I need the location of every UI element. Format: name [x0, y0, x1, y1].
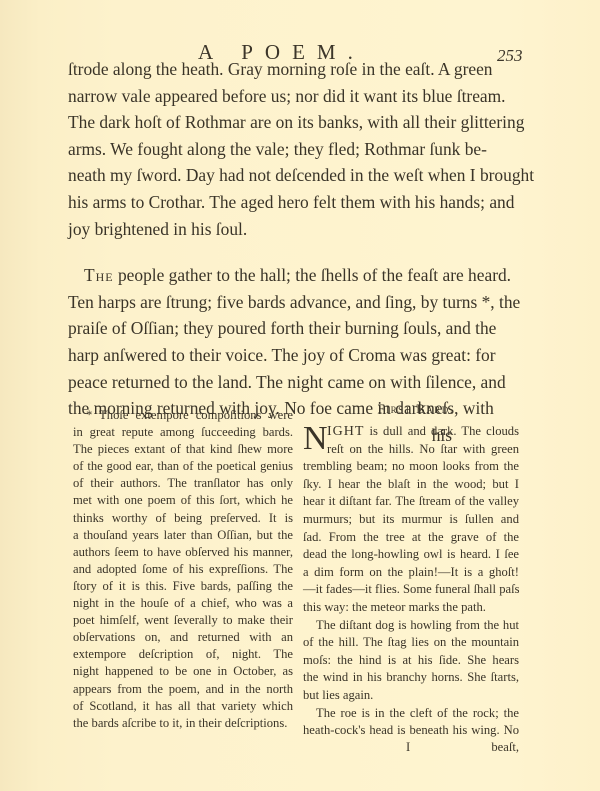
bard-line: dead the long-howling owl is heard. I ſe… [303, 546, 519, 564]
bard-line: —it fades—it flies. Some funeral ſhall p… [303, 581, 519, 599]
footnote-line: of Scotland, it has all that variety whi… [73, 698, 293, 715]
bard-line: moſs: the hind is at his ſide. She hears [303, 652, 519, 670]
bard-line: ſky. I hear the blaſt in the wood; but I [303, 476, 519, 494]
footnote: * Thoſe extempore compoſitions were in g… [73, 407, 293, 732]
catchword: beaſt, [491, 740, 519, 755]
footnote-line: a thouſand years later than Oſſian, but … [73, 527, 293, 544]
bard-line: hear it diſtant far. The ſtream of the v… [303, 493, 519, 511]
footnote-line: met with one poem of this ſort, which he [73, 492, 293, 509]
bard-line: of the hill. The ſtag lies on the mounta… [303, 634, 519, 652]
section-title: First Bard. [303, 402, 519, 417]
text-fragment: is dull and dark. The clouds [364, 424, 519, 438]
page-number: 253 [497, 46, 523, 66]
footnote-line: the bards aſcribe to it, in their deſcri… [73, 715, 293, 732]
paragraph-1: ſtrode along the heath. Gray morning roſ… [68, 56, 452, 242]
bard-line: a dim form on the plain!—It is a ghoſt! [303, 564, 519, 582]
drop-cap-continuation: IGHT [327, 424, 364, 439]
text-line: his arms to Crothar. The aged hero felt … [68, 189, 452, 216]
bard-line: this way: the meteor marks the path. [303, 599, 519, 617]
page-foot: I beaſt, [303, 740, 519, 758]
bard-line: The roe is in the cleft of the rock; the [303, 705, 519, 723]
footnote-line: in great repute among ſucceeding bards. [73, 424, 293, 441]
text-line: The dark hoſt of Rothmar are on its bank… [68, 109, 452, 136]
text-line: peace returned to the land. The night ca… [68, 369, 452, 396]
text-fragment: people gather to the hall; the ſhells of… [114, 265, 511, 285]
footnote-line: appears from the poem, and in the north [73, 681, 293, 698]
footnote-line: The pieces extant of that kind ſhew more [73, 441, 293, 458]
text-line: praiſe of Oſſian; they poured forth thei… [68, 315, 452, 342]
paragraph-lead-word: The [84, 265, 114, 285]
first-bard-section: First Bard. N IGHT is dull and dark. The… [303, 402, 519, 757]
footnote-line: authors ſeem to have obſerved his manner… [73, 544, 293, 561]
text-line: joy brightened in his ſoul. [68, 216, 452, 243]
bard-line: trembling beam; no moon looks from the [303, 458, 519, 476]
drop-cap: N [303, 424, 328, 454]
book-page: A POEM. 253 ſtrode along the heath. Gray… [0, 0, 600, 791]
footnote-line: and adopted ſome of his expreſſions. The [73, 561, 293, 578]
text-line: The people gather to the hall; the ſhell… [68, 262, 452, 289]
text-line: ſtrode along the heath. Gray morning roſ… [68, 56, 452, 83]
bard-line: ſad. From the tree at the grave of the [303, 529, 519, 547]
footnote-line: thinks worthy of being preſerved. It is [73, 510, 293, 527]
footnote-line: of their authors. The tranſlator has onl… [73, 475, 293, 492]
signature-mark: I [406, 740, 410, 755]
bard-line: The diſtant dog is howling from the hut [303, 617, 519, 635]
bard-line: heath-cock's head is beneath his wing. N… [303, 722, 519, 740]
text-line: harp anſwered to their voice. The joy of… [68, 342, 452, 369]
footnote-line: ſtory of it is this. Five bards, paſſing… [73, 578, 293, 595]
bard-line: murmurs; but its murmur is ſullen and [303, 511, 519, 529]
footnote-line: night in the houſe of a chief, who was a [73, 595, 293, 612]
footnote-line: poet himſelf, went ſeverally to make the… [73, 612, 293, 629]
text-line: arms. We fought along the vale; they fle… [68, 136, 452, 163]
footnote-line: night happened to be one in October, as [73, 663, 293, 680]
text-line: narrow vale appeared before us; nor did … [68, 83, 452, 110]
footnote-line: * Thoſe extempore compoſitions were [73, 407, 293, 424]
text-line: neath my ſword. Day had not deſcended in… [68, 162, 452, 189]
bard-line: reſt on the hills. No ſtar with green [303, 441, 519, 459]
footnote-line: obſervations on, and returned with an [73, 629, 293, 646]
text-line: Ten harps are ſtrung; five bards advance… [68, 289, 452, 316]
main-text: ſtrode along the heath. Gray morning roſ… [68, 56, 452, 448]
bard-line: but lies again. [303, 687, 519, 705]
footnote-line: of the good ear, than of the poetical ge… [73, 458, 293, 475]
footnote-line: extempore deſcription of, night. The [73, 646, 293, 663]
bard-line: IGHT is dull and dark. The clouds [303, 423, 519, 441]
bard-line: the wind in his branchy horns. She ſtart… [303, 669, 519, 687]
